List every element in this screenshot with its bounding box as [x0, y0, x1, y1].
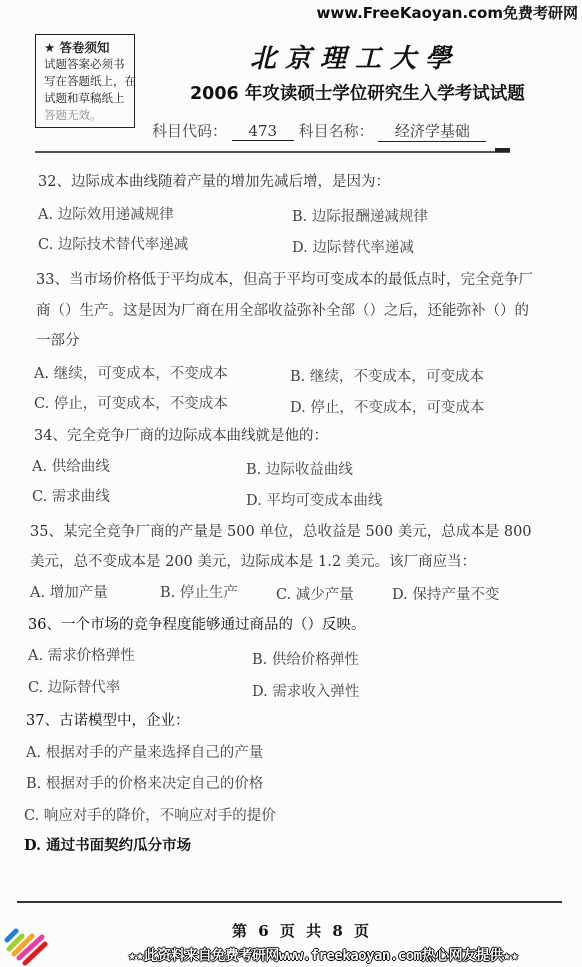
- subject-row: 科目代码： 473 科目名称： 经济学基础: [152, 120, 486, 142]
- question-34-stem: 34、完全竞争厂商的边际成本曲线就是他的：: [34, 424, 328, 445]
- notice-title: ★ 答卷须知: [44, 39, 134, 56]
- question-34-option-c: C. 需求曲线: [32, 485, 110, 506]
- exam-title: 2006 年攻读硕士学位研究生入学考试试题: [190, 80, 525, 105]
- question-35-option-c: C. 减少产量: [276, 583, 354, 604]
- question-32-option-a: A. 边际效用递减规律: [38, 203, 174, 224]
- question-37-option-d: D. 通过书面契约瓜分市场: [24, 834, 191, 855]
- header-divider-accent: [495, 148, 510, 152]
- question-33-option-d: D. 停止，不变成本，可变成本: [290, 396, 484, 417]
- question-32-option-d: D. 边际替代率递减: [292, 236, 414, 257]
- site-watermark-header: www.FreeKaoyan.com免费考研网: [317, 2, 579, 23]
- question-35-option-d: D. 保持产量不变: [392, 583, 499, 604]
- question-37-stem: 37、古诺模型中，企业：: [26, 709, 189, 730]
- question-36-option-d: D. 需求收入弹性: [252, 680, 359, 701]
- question-33-option-b: B. 继续，不变成本，可变成本: [290, 365, 484, 386]
- question-33-stem-line1: 33、当市场价格低于平均成本，但高于平均可变成本的最低点时，完全竞争厂: [36, 268, 533, 289]
- question-36-option-c: C. 边际替代率: [28, 676, 120, 697]
- header-divider: [35, 151, 510, 153]
- question-36-stem: 36、一个市场的竞争程度能够通过商品的（）反映。: [28, 613, 365, 634]
- notice-line: 试题答案必须书: [44, 56, 134, 73]
- question-33-option-a: A. 继续，可变成本，不变成本: [34, 362, 228, 383]
- question-32-option-c: C. 边际技术替代率递减: [38, 233, 188, 254]
- subject-name: 经济学基础: [378, 120, 486, 142]
- question-33-stem-line2: 商（）生产。这是因为厂商在用全部收益弥补全部（）之后，还能弥补（）的: [36, 299, 529, 320]
- freekaoyan-logo-icon: [2, 926, 50, 966]
- question-33-stem-line3: 一部分: [36, 329, 80, 350]
- subject-name-label: 科目名称：: [299, 122, 374, 140]
- answer-notice-box: ★ 答卷须知 试题答案必须书 写在答题纸上，在 试题和草稿纸上 答题无效。: [35, 34, 135, 128]
- footer-watermark-banner: ★★此资料来自免费考研网www.freekaoyan.com热心网友提供★★: [128, 945, 518, 965]
- question-37-option-a: A. 根据对手的产量来选择自己的产量: [26, 741, 263, 762]
- question-32-option-b: B. 边际报酬递减规律: [292, 205, 428, 226]
- question-36-option-b: B. 供给价格弹性: [252, 648, 359, 669]
- question-32-stem: 32、边际成本曲线随着产量的增加先减后增，是因为：: [38, 170, 390, 191]
- subject-code: 473: [232, 122, 294, 141]
- footer-divider: [17, 901, 562, 903]
- page-number: 第 6 页 共 8 页: [232, 920, 372, 941]
- question-35-stem-line2: 美元，总不变成本是 200 美元，边际成本是 1.2 美元。该厂商应当：: [30, 550, 476, 571]
- question-35-option-b: B. 停止生产: [160, 581, 238, 602]
- question-34-option-a: A. 供给曲线: [32, 455, 110, 476]
- subject-code-label: 科目代码：: [152, 122, 227, 140]
- question-34-option-b: B. 边际收益曲线: [246, 458, 353, 479]
- question-36-option-a: A. 需求价格弹性: [28, 644, 135, 665]
- question-37-option-b: B. 根据对手的价格来决定自己的价格: [26, 772, 263, 793]
- notice-line: 试题和草稿纸上: [44, 90, 134, 107]
- notice-line: 答题无效。: [44, 107, 134, 124]
- notice-line: 写在答题纸上，在: [44, 73, 134, 90]
- university-name: 北京理工大學: [250, 38, 460, 75]
- question-37-option-c: C. 响应对手的降价，不响应对手的提价: [24, 804, 276, 825]
- question-34-option-d: D. 平均可变成本曲线: [246, 489, 382, 510]
- question-35-stem-line1: 35、某完全竞争厂商的产量是 500 单位，总收益是 500 美元，总成本是 8…: [30, 520, 532, 541]
- question-33-option-c: C. 停止，可变成本，不变成本: [34, 392, 228, 413]
- question-35-option-a: A. 增加产量: [30, 581, 108, 602]
